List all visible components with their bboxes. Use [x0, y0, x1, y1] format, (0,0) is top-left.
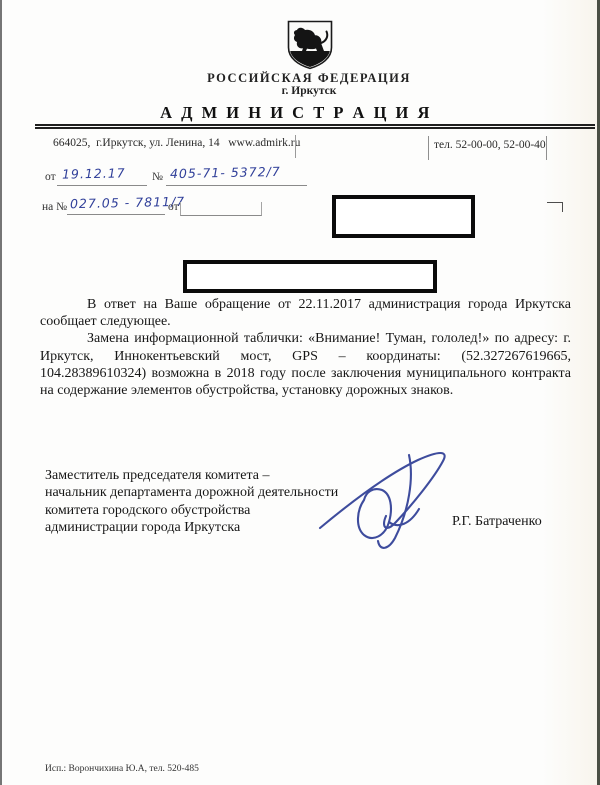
phone-cell-border-left: [428, 136, 429, 160]
scanned-letter-page: РОССИЙСКАЯ ФЕДЕРАЦИЯ г. Иркутск А Д М И …: [0, 0, 600, 785]
redaction-box-1: [332, 195, 475, 238]
signatory-name: Р.Г. Батраченко: [452, 514, 542, 530]
date-underline: [57, 185, 147, 186]
reply-number-underline: [67, 214, 165, 215]
outgoing-date-label: от: [45, 171, 56, 183]
outgoing-date-handwritten: 19.12.17: [62, 165, 126, 181]
phone-numbers: тел. 52-00-00, 52-00-40: [434, 139, 546, 151]
irkutsk-coat-of-arms-icon: [287, 20, 333, 70]
number-underline: [166, 185, 307, 186]
body-paragraph-2: Замена информационной таблички: «Внимани…: [40, 330, 571, 399]
body-paragraph-1: В ответ на Ваше обращение от 22.11.2017 …: [40, 296, 571, 330]
reply-date-label: от: [168, 201, 179, 213]
letter-body: В ответ на Ваше обращение от 22.11.2017 …: [40, 296, 571, 399]
redaction-box-2: [183, 260, 437, 293]
administration-title: А Д М И Н И С Т Р А Ц И Я: [0, 103, 592, 123]
outgoing-number-label: №: [152, 171, 163, 183]
phone-cell-border-right: [546, 136, 547, 160]
reply-date-empty-field: [180, 202, 262, 216]
outgoing-number-handwritten: 405-71- 5372/7: [170, 164, 281, 181]
address-separator: [295, 135, 296, 158]
executor-note: Исп.: Ворончихина Ю.А, тел. 520-485: [45, 764, 199, 774]
country-title: РОССИЙСКАЯ ФЕДЕРАЦИЯ: [0, 71, 600, 86]
letterhead-rule: [35, 124, 595, 129]
city-title: г. Иркутск: [0, 85, 600, 97]
handwritten-signature: [312, 448, 482, 556]
address-corner-mark: [547, 202, 563, 212]
reply-number-label: на №: [42, 201, 67, 213]
postal-address: 664025, г.Иркутск, ул. Ленина, 14 www.ad…: [53, 137, 300, 149]
